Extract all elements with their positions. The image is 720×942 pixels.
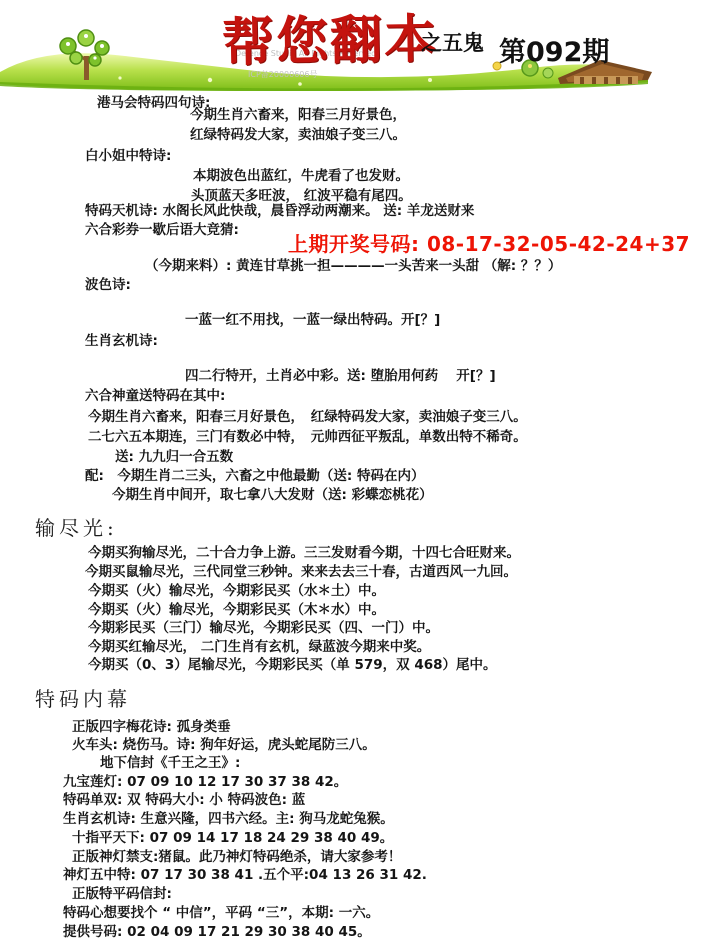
section-label-miss-white: 白小姐中特诗: (85, 148, 171, 165)
section-label-riddle: 六合彩券一歇后语大竞猜: (85, 222, 239, 239)
poem-line: 今期生肖六畜来，阳春三月好景色， 红绿特码发大家，卖油娘子变三八。 (88, 409, 527, 426)
tip-line: 今期买（火）输尽光，今期彩民买（木＊水）中。 (88, 602, 385, 619)
info-line: 特码心想要找个 “ 中信”，平码 “三”，本期: 一六。 (63, 905, 379, 922)
info-line: 火车头: 烧伤马。诗: 狗年好运，虎头蛇尾防三八。 (72, 737, 376, 754)
info-line: 正版特平码信封: (72, 886, 172, 903)
poem-line: 二七六五本期连，三门有数必中特， 元帅西征平叛乱，单数出特不稀奇。 (88, 429, 527, 446)
issue-number: 第092期 (499, 30, 609, 69)
poem-line: 本期波色出蓝红，牛虎看了也发财。 (193, 168, 409, 185)
tip-line: 今期彩民买（三门）输尽光，今期彩民买（四、一门）中。 (88, 620, 439, 637)
tip-line: 今期买红输尽光， 二门生肖有玄机，绿蓝波今期来中奖。 (88, 639, 430, 656)
number-line: 十指平天下: 07 09 14 17 18 24 29 38 40 49。 (72, 830, 393, 847)
section-heading-shujinguang: 输尽光: (35, 512, 118, 541)
riddle-line: （今期来料）: 黄连甘草挑一担————一头苦来一头甜 （解: ？？） (145, 258, 561, 275)
poem-line: 配: 今期生肖二三头，六畜之中他最勤（送: 特码在内） (85, 468, 425, 485)
info-line: 正版四字梅花诗: 孤身类垂 (72, 719, 231, 736)
tip-line: 今期买（火）输尽光，今期彩民买（水＊土）中。 (88, 583, 385, 600)
poem-line: 四二行特开，土肖必中彩。送: 堕胎用何药 开[？] (185, 368, 496, 385)
header-banner: Defence Studio All Rights Reserved ICP备2… (0, 0, 720, 92)
last-draw-result: 上期开奖号码: 08-17-32-05-42-24+37 (288, 228, 690, 257)
section-label-prodigy: 六合神童送特码在其中: (85, 388, 225, 405)
section-label-zodiac-poem: 生肖玄机诗: (85, 333, 158, 350)
tip-line: 今期买鼠输尽光，三代同堂三秒钟。来来去去三十春，古道西风一九回。 (85, 564, 517, 581)
number-line: 神灯五中特: 07 17 30 38 41 .五个平:04 13 26 31 4… (63, 867, 427, 884)
lottery-tip-sheet: Defence Studio All Rights Reserved ICP备2… (0, 0, 720, 942)
info-line: 特码单双: 双 特码大小: 小 特码波色: 蓝 (63, 792, 305, 809)
poem-line: 一蓝一红不用找，一蓝一绿出特码。开[？] (185, 312, 440, 329)
poem-line: 送: 九九归一合五数 (115, 449, 233, 466)
tianji-poem-line: 特码天机诗: 水阁长风此快哉，晨昏浮动两潮来。 送: 羊龙送财来 (85, 203, 474, 220)
series-subtitle: 之五鬼 (421, 27, 484, 57)
tip-line: 今期买（0、3）尾输尽光，今期彩民买（单 579，双 468）尾中。 (88, 657, 497, 674)
tip-line: 今期买狗输尽光，二十合力争上游。三三发财看今期，十四七合旺财来。 (88, 545, 520, 562)
section-heading-temaneimu: 特码内幕 (35, 683, 131, 712)
number-line: 提供号码: 02 04 09 17 21 29 30 38 40 45。 (63, 924, 371, 941)
poem-line: 今期生肖六畜来，阳春三月好景色， (190, 107, 406, 124)
info-line: 正版神灯禁支:猪鼠。此乃神灯特码绝杀，请大家参考！ (72, 849, 401, 866)
section-label-wave-color-poem: 波色诗: (85, 277, 131, 294)
number-line: 九宝莲灯: 07 09 10 12 17 30 37 38 42。 (63, 774, 347, 791)
info-line: 生肖玄机诗: 生意兴隆，四书六经。主: 狗马龙蛇兔猴。 (63, 811, 394, 828)
poem-line: 今期生肖中间开，取七拿八大发财（送: 彩蝶恋桃花） (112, 487, 433, 504)
info-line: 地下信封《千王之王》: (100, 755, 240, 772)
poem-line: 红绿特码发大家，卖油娘子变三八。 (190, 127, 406, 144)
